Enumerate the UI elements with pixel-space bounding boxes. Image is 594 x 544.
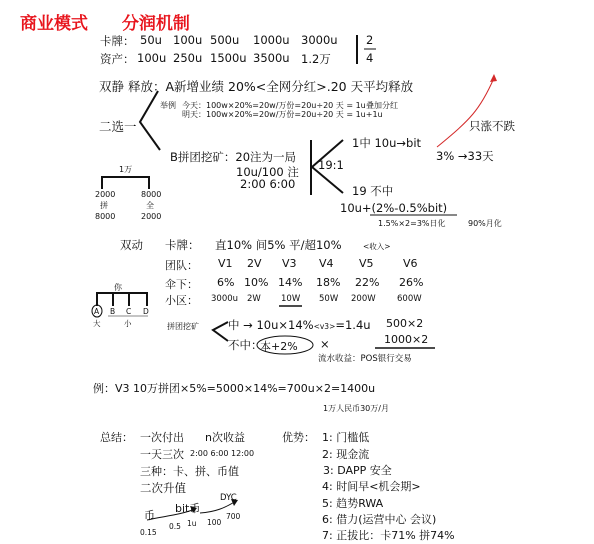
win-branch: [312, 140, 343, 167]
rise-arrow-icon: [437, 78, 494, 147]
arrow-head-icon: [231, 499, 238, 506]
split-tree-lines: [102, 177, 149, 189]
group-mining-bracket: [213, 322, 228, 341]
arrow-head-icon: [190, 506, 197, 513]
lose-branch: [312, 167, 343, 193]
arrow-head-icon: [490, 74, 497, 82]
choose-bracket: [140, 91, 160, 150]
circled-principal: [257, 336, 313, 354]
diagram-lines: [0, 0, 594, 544]
coin-arrow-1: [147, 509, 195, 520]
coin-arrow-2: [200, 501, 236, 513]
node-a-circle: [92, 305, 102, 317]
you-tree-frame: [97, 293, 147, 306]
